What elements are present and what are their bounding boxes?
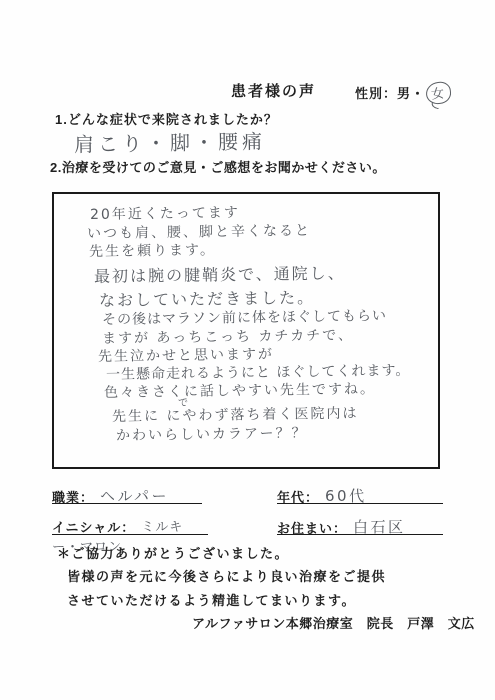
clinic-signature: アルファサロン本郷治療室 院長 戸澤 文広 xyxy=(192,613,475,632)
residence-field: お住まい：白石区 xyxy=(277,516,443,535)
age-field: 年代：60代 xyxy=(277,485,443,504)
occupation-value: ヘルパー xyxy=(100,487,169,505)
footer-message-1: 皆様の声を元に今後さらにより良い治療をご提供 xyxy=(67,566,386,585)
age-value: 60代 xyxy=(325,487,367,505)
gender-label: 性別：男・ xyxy=(355,86,425,101)
comment-line: かわいらしいカラアー？？ xyxy=(116,422,308,445)
question2-label: 2.治療を受けてのご意見・ご感想をお聞かせください。 xyxy=(50,157,386,176)
patient-voice-form: 患者様の声 性別：男・女 1.どんな症状で来院されましたか？ 肩こり・脚・腰痛 … xyxy=(0,0,495,700)
question1-answer: 肩こり・脚・腰痛 xyxy=(74,125,266,157)
footer-thanks: ＊ご協力ありがとうございました。 xyxy=(57,543,289,562)
page-title: 患者様の声 xyxy=(231,80,316,101)
occupation-label: 職業： xyxy=(52,490,94,505)
comment-line: 色々きさくに話しやすい先生ですね。 xyxy=(104,378,376,402)
comment-box: 20年近くたってます いつも肩、腰、脚と辛くなると 先生を頼ります。 最初は腕の… xyxy=(52,192,440,469)
gender-selected-circle: 女 xyxy=(425,81,452,105)
initials-field: イニシャル：ミルキー・マロン xyxy=(52,516,208,535)
comment-line: 先生を頼ります。 xyxy=(89,239,216,261)
initials-label: イニシャル： xyxy=(52,520,135,535)
residence-label: お住まい： xyxy=(277,521,347,536)
gender-field: 性別：男・女 xyxy=(355,82,451,104)
comment-line: 最初は腕の腱鞘炎で、通院し、 xyxy=(94,260,346,287)
footer-message-2: させていただけるよう精進してまいります。 xyxy=(67,590,356,609)
occupation-field: 職業：ヘルパー xyxy=(52,485,202,504)
residence-value: 白石区 xyxy=(353,518,406,536)
age-label: 年代： xyxy=(277,490,319,505)
